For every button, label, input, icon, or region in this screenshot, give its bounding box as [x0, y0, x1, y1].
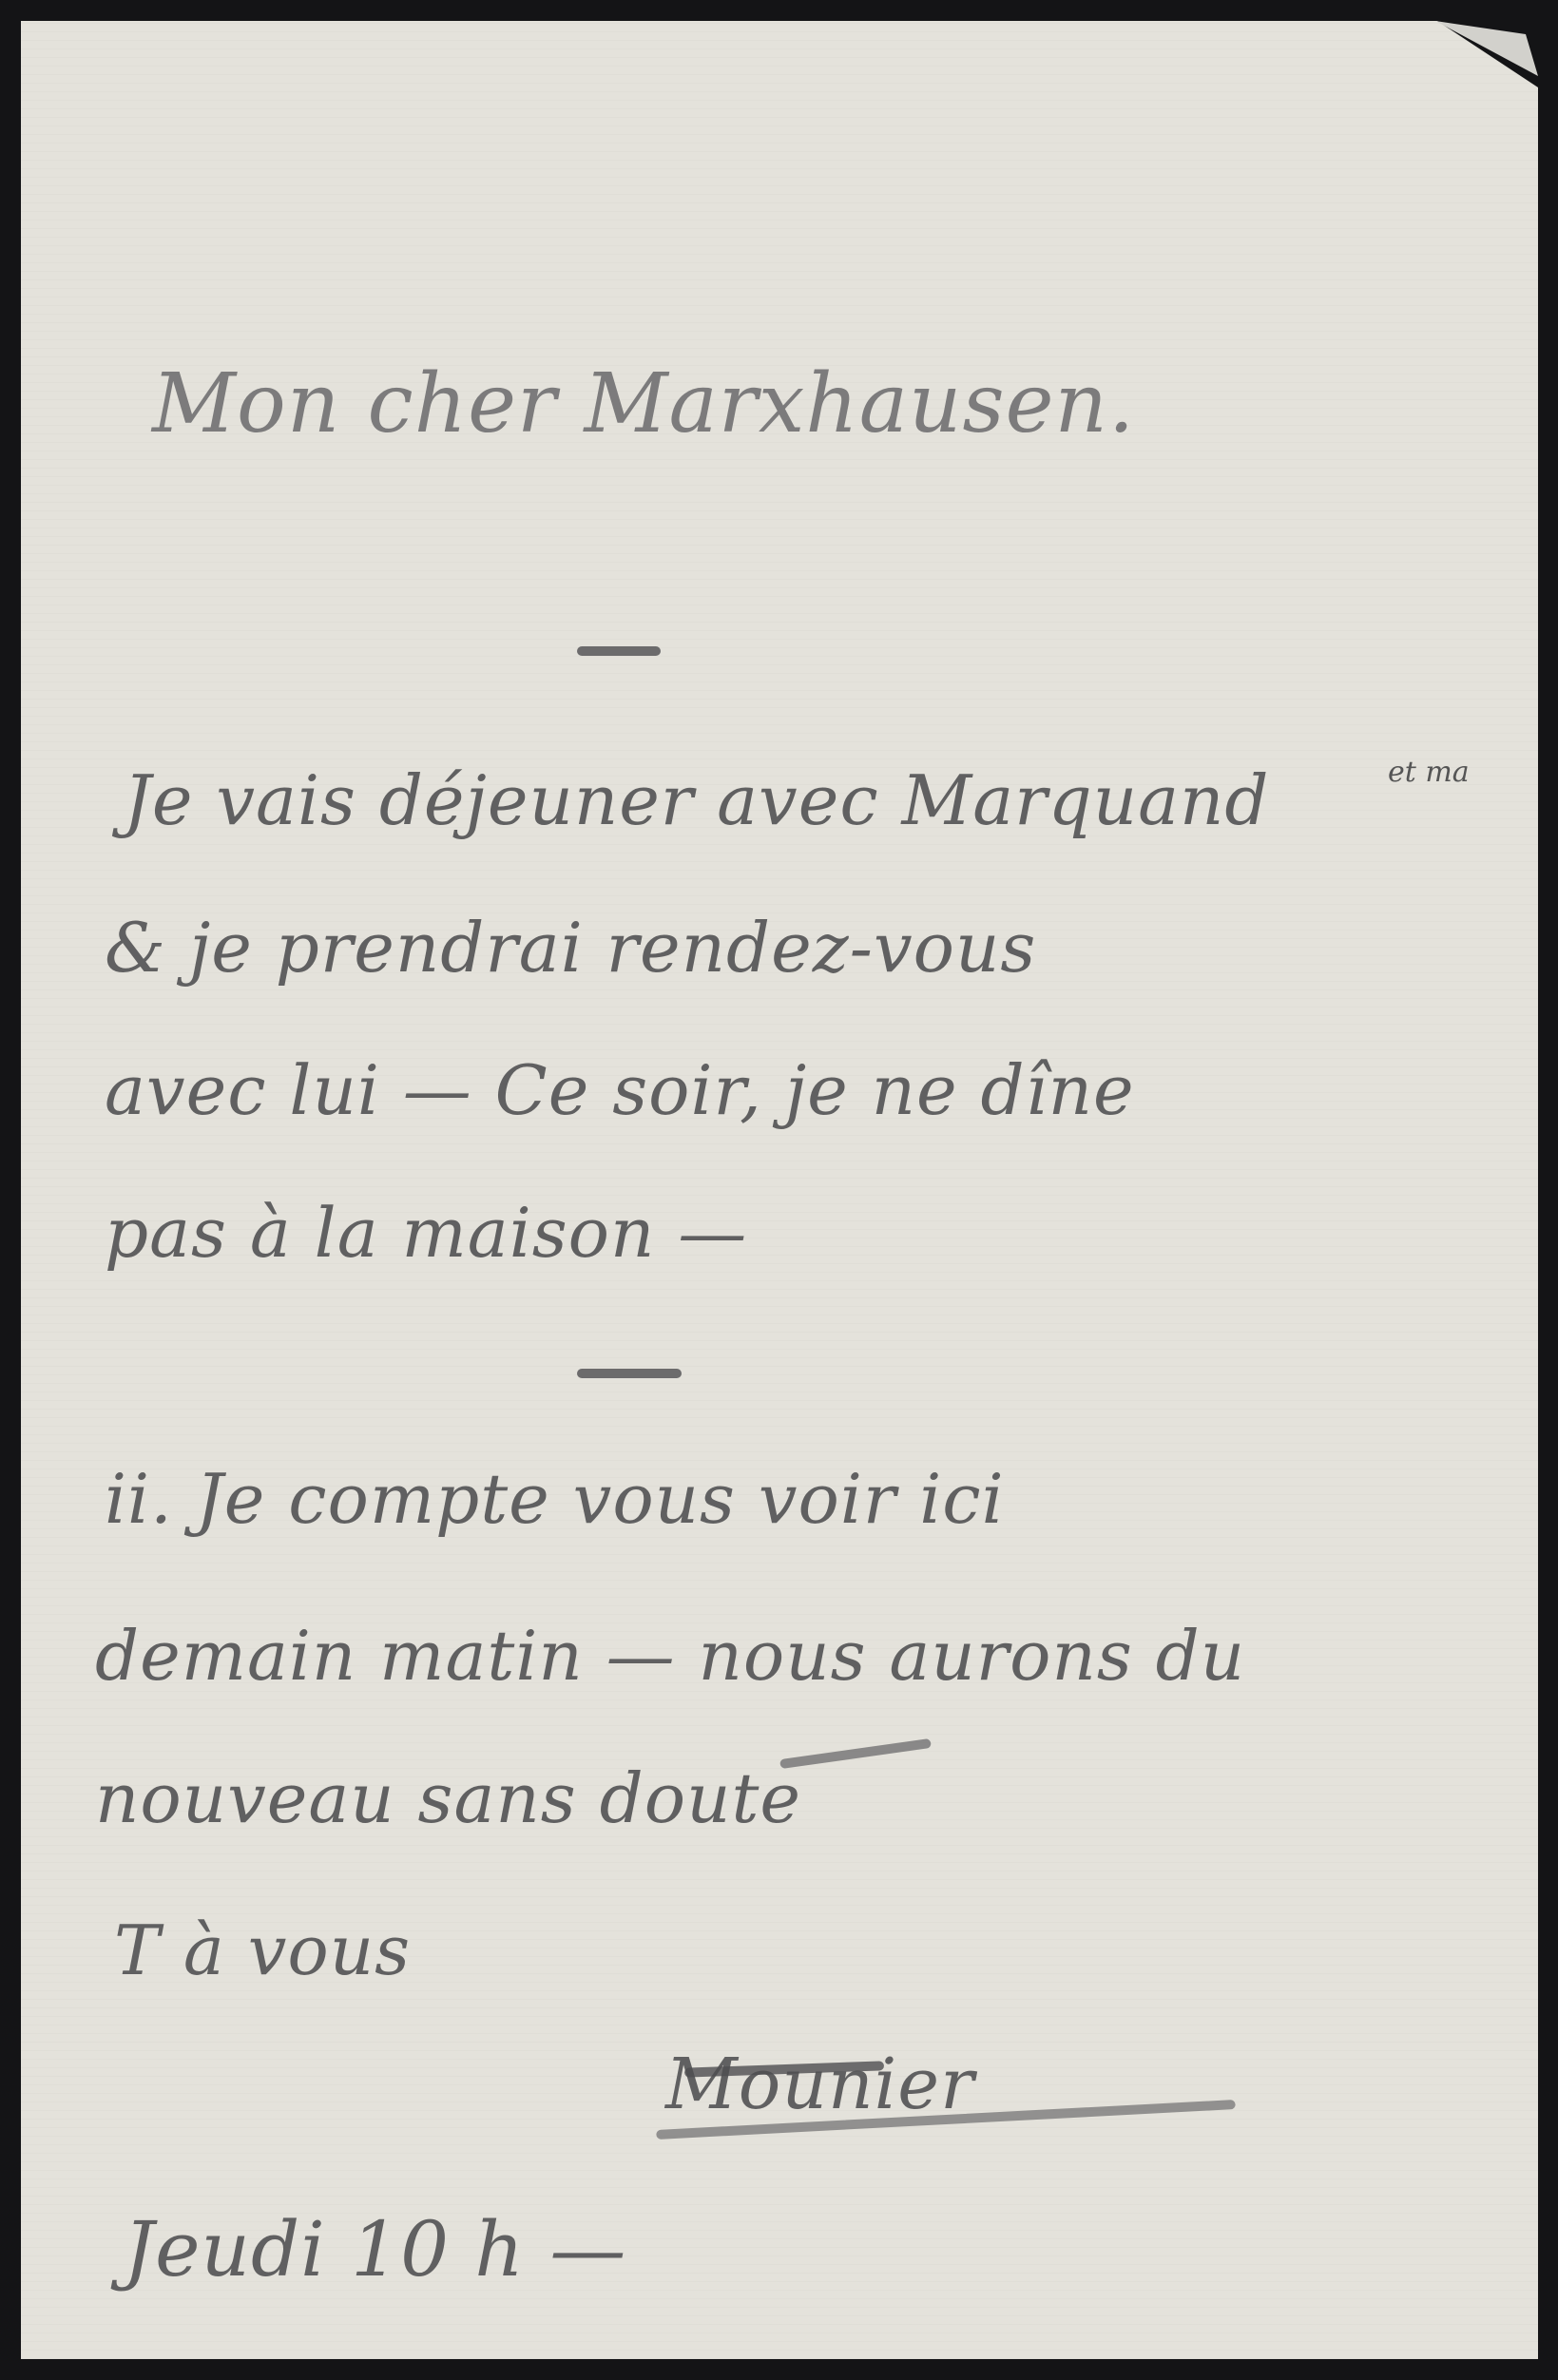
letter-line-3: avec lui — Ce soir, je ne dîne	[105, 1050, 1135, 1130]
letter-line-1: Je vais déjeuner avec Marquand	[124, 760, 1269, 840]
signature: Mounier	[665, 2044, 974, 2125]
date-line: Jeudi 10 h —	[124, 2205, 626, 2294]
superscript-note: et ma	[1388, 756, 1470, 789]
salutation: Mon cher Marxhausen.	[152, 356, 1135, 451]
closing: T à vous	[114, 1910, 411, 1990]
separator-dash	[577, 646, 661, 656]
letter-line-5: ii. Je compte vous voir ici	[105, 1459, 1005, 1539]
letter-line-2: & je prendrai rendez-vous	[105, 908, 1036, 988]
letter-line-4: pas à la maison —	[105, 1193, 747, 1273]
letter-line-7: nouveau sans doute	[95, 1758, 801, 1838]
letter-line-6: demain matin — nous aurons du	[95, 1616, 1245, 1696]
separator-dash	[577, 1369, 682, 1378]
